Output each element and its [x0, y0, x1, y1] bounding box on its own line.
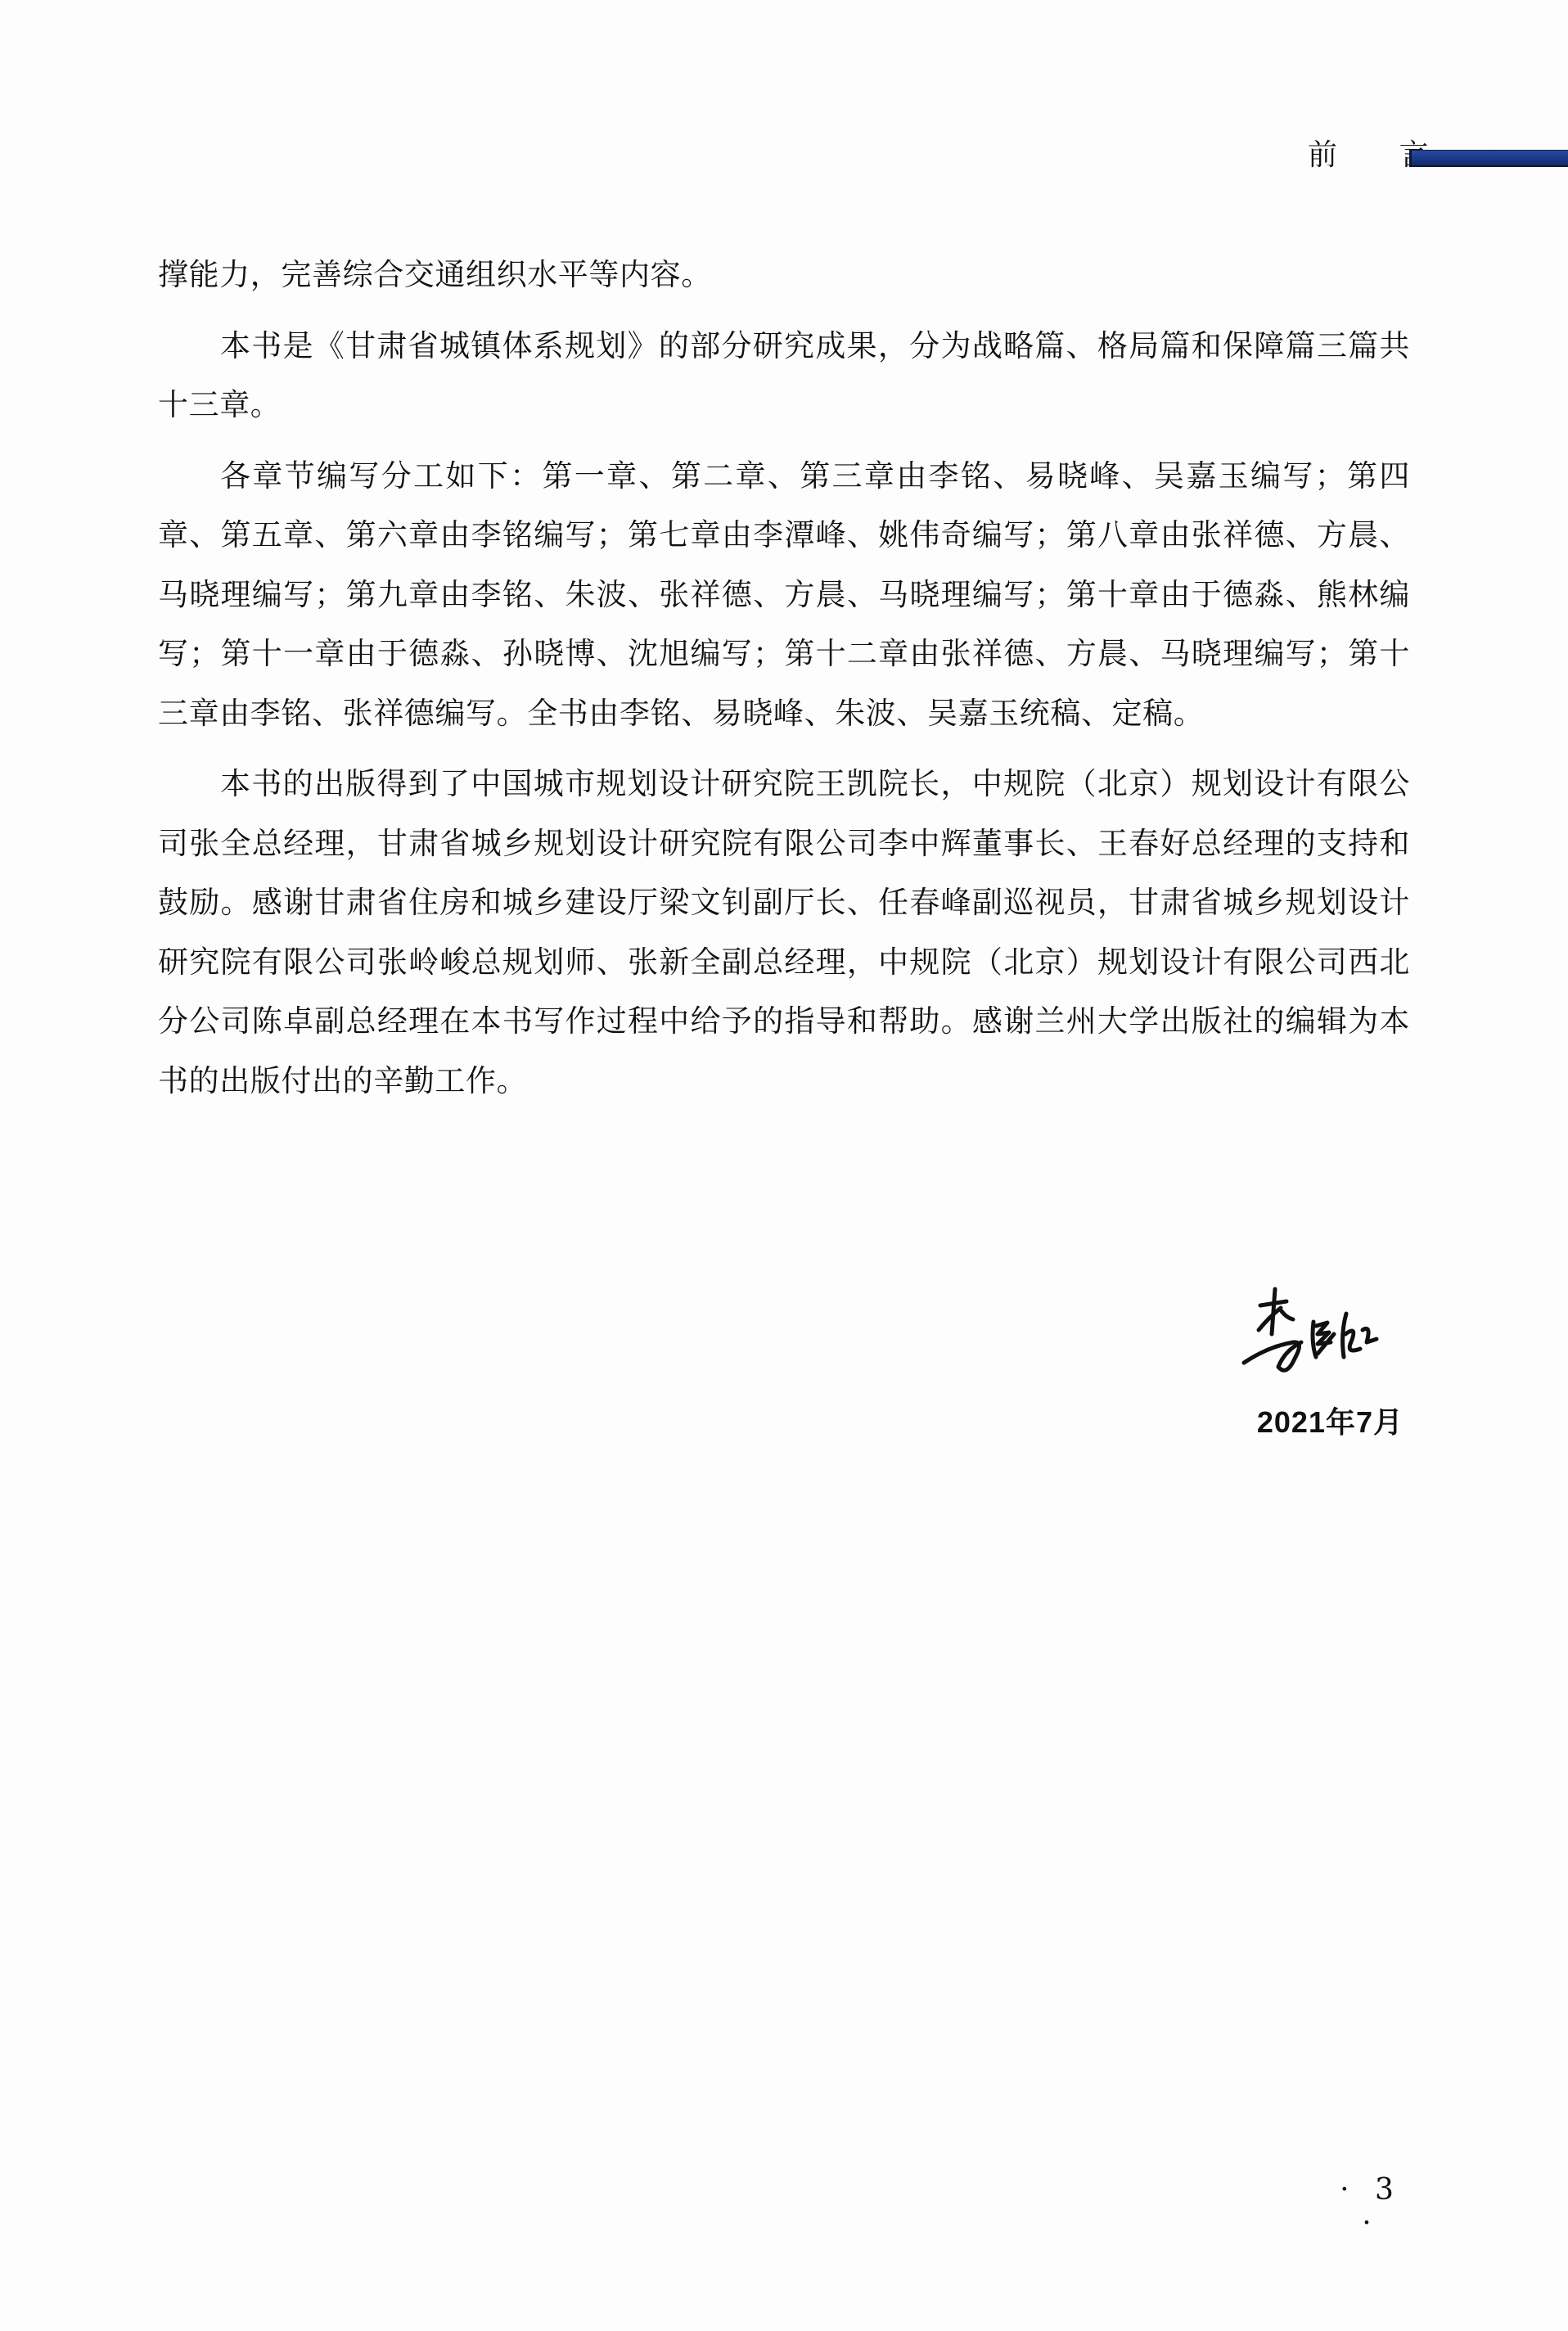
page-number: · 3 · — [1326, 2173, 1416, 2240]
paragraph-authorship: 各章节编写分工如下：第一章、第二章、第三章由李铭、易晓峰、吴嘉玉编写；第四章、第… — [158, 447, 1410, 744]
header-decorative-bar — [1409, 150, 1568, 167]
preface-date: 2021年7月 — [1228, 1400, 1404, 1441]
paragraph-book-structure: 本书是《甘肃省城镇体系规划》的部分研究成果，分为战略篇、格局篇和保障篇三篇共十三… — [158, 317, 1410, 435]
handwritten-signature-icon — [1236, 1285, 1399, 1383]
book-page: 前 言 撑能力，完善综合交通组织水平等内容。 本书是《甘肃省城镇体系规划》的部分… — [0, 0, 1568, 2331]
paragraph-acknowledgements: 本书的出版得到了中国城市规划设计研究院王凯院长，中规院（北京）规划设计有限公司张… — [158, 755, 1410, 1111]
preface-body: 撑能力，完善综合交通组织水平等内容。 本书是《甘肃省城镇体系规划》的部分研究成果… — [158, 246, 1410, 1122]
paragraph-continuation: 撑能力，完善综合交通组织水平等内容。 — [158, 246, 1410, 305]
